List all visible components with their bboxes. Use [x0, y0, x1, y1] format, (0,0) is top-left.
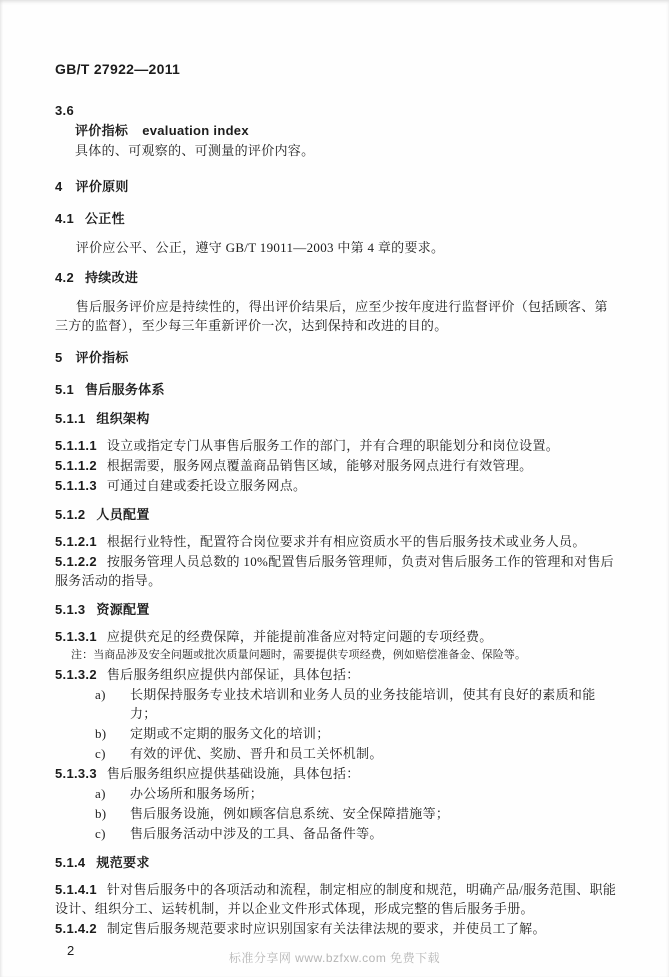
subsubsection-heading-text: 组织架构 [96, 411, 149, 426]
document-body: GB/T 27922—20113.6评价指标evaluation index具体… [55, 60, 619, 938]
subsection-heading-text: 持续改进 [85, 270, 138, 285]
list-item-text: 售后服务活动中涉及的工具、备品备件等。 [130, 826, 383, 841]
clause-paragraph: 5.1.2.1根据行业特性，配置符合岗位要求并有相应资质水平的售后服务技术或业务… [55, 532, 619, 551]
list-marker: c) [95, 824, 106, 843]
clause-number: 5.1.1 [55, 411, 85, 426]
list-item: a)长期保持服务专业技术培训和业务人员的业务技能培训，使其有良好的素质和能力； [55, 685, 619, 723]
clause-number: 4.2 [55, 270, 74, 285]
clause-paragraph-text: 针对售后服务中的各项活动和流程，制定相应的制度和规范，明确产品/服务范围、职能设… [55, 882, 616, 916]
subsection-heading: 5.1售后服务体系 [55, 380, 619, 399]
term-entry-text: 评价指标 [75, 123, 128, 138]
clause-number: 5.1.2 [55, 507, 85, 522]
list-marker: c) [95, 744, 106, 763]
note-paragraph: 注：当商品涉及安全问题或批次质量问题时，需要提供专项经费，例如赔偿准备金、保险等… [55, 647, 619, 663]
clause-paragraph-text: 根据行业特性，配置符合岗位要求并有相应资质水平的售后服务技术或业务人员。 [107, 534, 586, 549]
subsection-heading-text: 售后服务体系 [85, 382, 165, 397]
list-item-text: 办公场所和服务场所； [130, 786, 263, 801]
clause-paragraph-text: 制定售后服务规范要求时应识别国家有关法律法规的要求，并使员工了解。 [107, 921, 546, 936]
section-heading: 5评价指标 [55, 348, 619, 367]
clause-paragraph: 5.1.1.2根据需要，服务网点覆盖商品销售区域，能够对服务网点进行有效管理。 [55, 456, 619, 475]
clause-paragraph: 5.1.3.3售后服务组织应提供基础设施，具体包括： [55, 764, 619, 783]
subsubsection-heading-text: 资源配置 [96, 602, 149, 617]
section-heading-text: 评价指标 [76, 350, 129, 365]
clause-number: 5.1.3 [55, 602, 85, 617]
list-item-text: 定期或不定期的服务文化的培训； [130, 726, 330, 741]
subsubsection-heading-text: 规范要求 [96, 855, 149, 870]
subsection-heading-text: 公正性 [85, 211, 125, 226]
clause-paragraph-text: 按服务管理人员总数的 10%配置售后服务管理师，负责对售后服务工作的管理和对售后… [55, 554, 614, 588]
clause-number: 4 [55, 179, 63, 194]
term-english-text: evaluation index [142, 123, 249, 138]
clause-paragraph: 5.1.3.1应提供充足的经费保障，并能提前准备应对特定问题的专项经费。 [55, 627, 619, 646]
subsubsection-heading: 5.1.4规范要求 [55, 853, 619, 872]
list-item: a)办公场所和服务场所； [55, 784, 619, 803]
list-marker: a) [95, 784, 106, 803]
term-definition-text: 具体的、可观察的、可测量的评价内容。 [75, 143, 314, 158]
term-definition: 具体的、可观察的、可测量的评价内容。 [55, 141, 619, 160]
clause-number: 5.1.3.1 [55, 629, 97, 644]
clause-paragraph-text: 应提供充足的经费保障，并能提前准备应对特定问题的专项经费。 [107, 629, 493, 644]
clause-paragraph: 5.1.4.2制定售后服务规范要求时应识别国家有关法律法规的要求，并使员工了解。 [55, 919, 619, 938]
clause-number: 5.1.3.2 [55, 667, 97, 682]
list-item: b)售后服务设施，例如顾客信息系统、安全保障措施等； [55, 804, 619, 823]
standard-number-header-text: GB/T 27922—2011 [55, 61, 180, 77]
clause-paragraph: 5.1.4.1针对售后服务中的各项活动和流程，制定相应的制度和规范，明确产品/服… [55, 880, 619, 918]
clause-paragraph-text: 可通过自建或委托设立服务网点。 [107, 478, 307, 493]
section-heading: 4评价原则 [55, 177, 619, 196]
clause-number: 5.1.2.2 [55, 554, 97, 569]
list-item-text: 长期保持服务专业技术培训和业务人员的业务技能培训，使其有良好的素质和能力； [130, 687, 596, 721]
list-marker: b) [95, 724, 106, 743]
list-marker: b) [95, 804, 106, 823]
clause-number: 5.1.4 [55, 855, 85, 870]
subsubsection-heading: 5.1.2人员配置 [55, 505, 619, 524]
clause-number: 5.1.4.1 [55, 882, 97, 897]
clause-paragraph: 5.1.1.3可通过自建或委托设立服务网点。 [55, 476, 619, 495]
clause-number: 5.1 [55, 382, 74, 397]
list-item: b)定期或不定期的服务文化的培训； [55, 724, 619, 743]
clause-paragraph-text: 根据需要，服务网点覆盖商品销售区域，能够对服务网点进行有效管理。 [107, 458, 533, 473]
subsubsection-heading: 5.1.1组织架构 [55, 409, 619, 428]
body-paragraph: 售后服务评价应是持续性的，得出评价结果后，应至少按年度进行监督评价（包括顾客、第… [55, 297, 619, 335]
clause-paragraph-text: 售后服务组织应提供基础设施，具体包括： [107, 766, 360, 781]
term-entry: 评价指标evaluation index [55, 121, 619, 140]
clause-number: 5.1.1.2 [55, 458, 97, 473]
subsection-heading: 4.2持续改进 [55, 268, 619, 287]
list-item: c)有效的评优、奖励、晋升和员工关怀机制。 [55, 744, 619, 763]
clause-paragraph: 5.1.2.2按服务管理人员总数的 10%配置售后服务管理师，负责对售后服务工作… [55, 552, 619, 590]
clause-number: 5 [55, 350, 63, 365]
body-paragraph: 评价应公平、公正，遵守 GB/T 19011—2003 中第 4 章的要求。 [55, 238, 619, 257]
list-marker: a) [95, 685, 106, 704]
subsubsection-heading: 5.1.3资源配置 [55, 600, 619, 619]
clause-number: 4.1 [55, 211, 74, 226]
term-number: 3.6 [55, 101, 619, 120]
term-number-text: 3.6 [55, 103, 74, 118]
section-heading-text: 评价原则 [76, 179, 129, 194]
standard-number-header: GB/T 27922—2011 [55, 60, 619, 79]
clause-paragraph-text: 售后服务组织应提供内部保证，具体包括： [107, 667, 360, 682]
clause-paragraph-text: 设立或指定专门从事售后服务工作的部门，并有合理的职能划分和岗位设置。 [107, 438, 559, 453]
clause-paragraph: 5.1.1.1设立或指定专门从事售后服务工作的部门，并有合理的职能划分和岗位设置… [55, 436, 619, 455]
body-paragraph-text: 评价应公平、公正，遵守 GB/T 19011—2003 中第 4 章的要求。 [76, 240, 445, 255]
clause-number: 5.1.2.1 [55, 534, 97, 549]
clause-number: 5.1.1.1 [55, 438, 97, 453]
subsubsection-heading-text: 人员配置 [96, 507, 149, 522]
clause-number: 5.1.3.3 [55, 766, 97, 781]
clause-paragraph: 5.1.3.2售后服务组织应提供内部保证，具体包括： [55, 665, 619, 684]
clause-number: 5.1.1.3 [55, 478, 97, 493]
list-item-text: 有效的评优、奖励、晋升和员工关怀机制。 [130, 746, 383, 761]
watermark-text: 标准分享网 www.bzfxw.com 免费下载 [0, 949, 669, 968]
list-item: c)售后服务活动中涉及的工具、备品备件等。 [55, 824, 619, 843]
body-paragraph-text: 售后服务评价应是持续性的，得出评价结果后，应至少按年度进行监督评价（包括顾客、第… [55, 299, 608, 333]
document-page: GB/T 27922—20113.6评价指标evaluation index具体… [0, 0, 669, 977]
note-paragraph-text: 注：当商品涉及安全问题或批次质量问题时，需要提供专项经费，例如赔偿准备金、保险等… [71, 649, 526, 661]
clause-number: 5.1.4.2 [55, 921, 97, 936]
subsection-heading: 4.1公正性 [55, 209, 619, 228]
list-item-text: 售后服务设施，例如顾客信息系统、安全保障措施等； [130, 806, 449, 821]
